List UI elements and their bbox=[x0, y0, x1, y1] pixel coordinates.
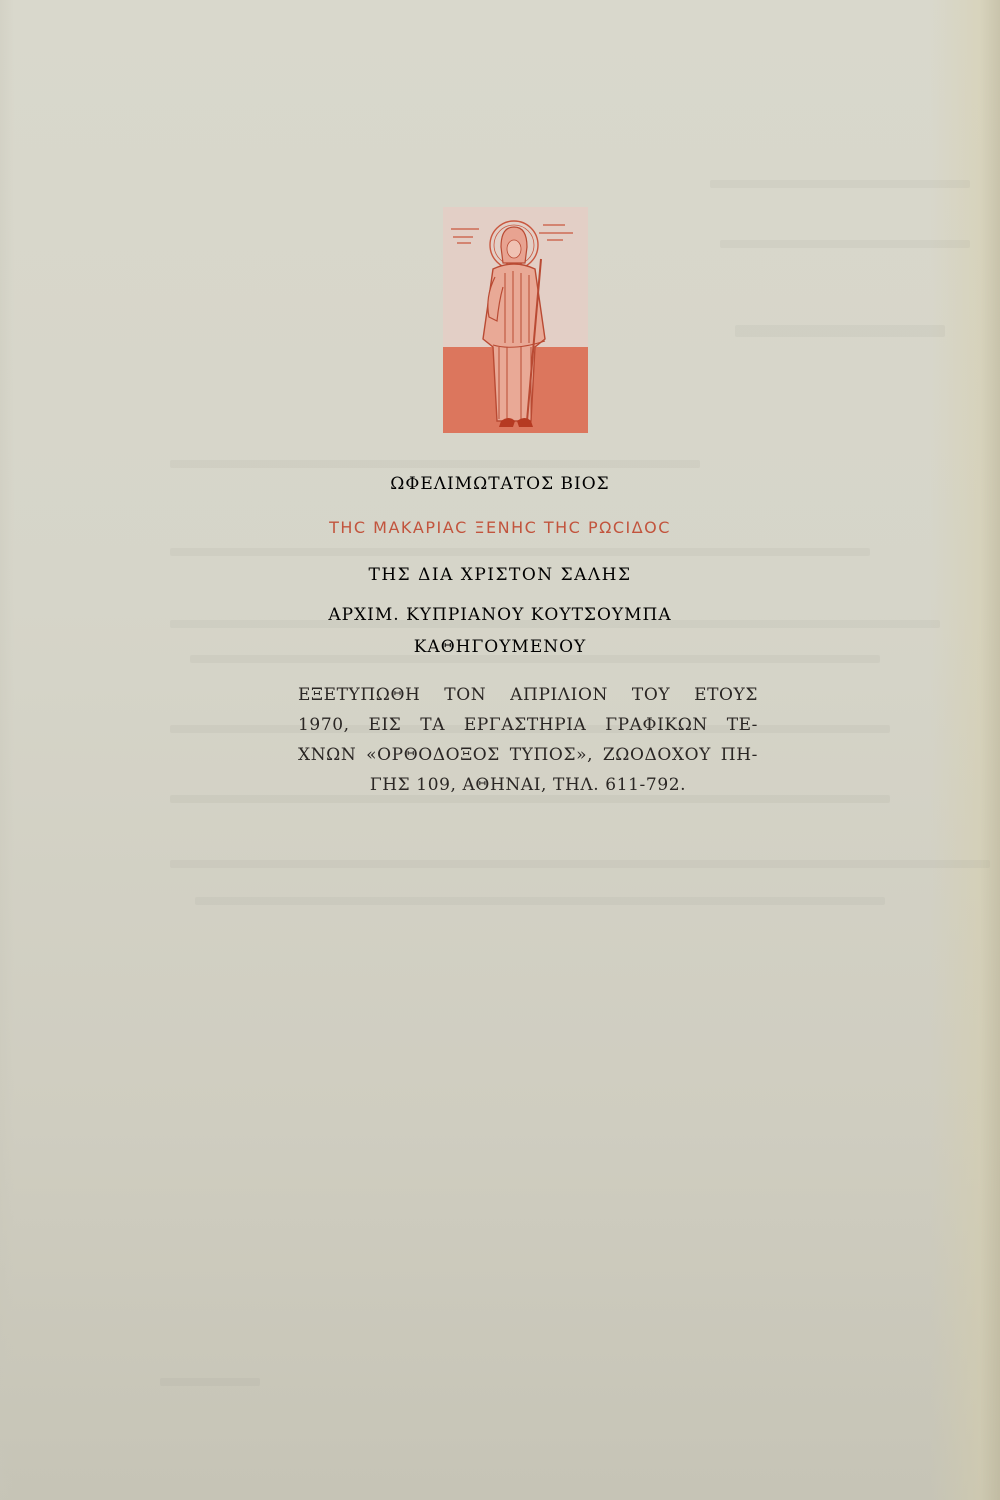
saint-icon-illustration bbox=[443, 207, 588, 433]
imprint-line: ΓΗΣ 109, ΑΘΗΝΑΙ, ΤΗΛ. 611-792. bbox=[298, 770, 758, 800]
author-title: ΚΑΘΗΓΟΥΜΕΝΟΥ bbox=[0, 637, 1000, 657]
saint-figure-icon bbox=[443, 207, 588, 433]
imprint-line: ΧΝΩΝ «ΟΡΘΟΔΟΞΟΣ ΤΥΠΟΣ», ΖΩΟΔΟΧΟΥ ΠΗ- bbox=[298, 740, 758, 770]
printing-imprint: ΕΞΕΤΥΠΩΘΗ ΤΟΝ ΑΠΡΙΛΙΟΝ ΤΟΥ ΕΤΟΥΣ 1970, Ε… bbox=[298, 680, 758, 800]
imprint-line: ΕΞΕΤΥΠΩΘΗ ΤΟΝ ΑΠΡΙΛΙΟΝ ΤΟΥ ΕΤΟΥΣ bbox=[298, 680, 758, 710]
imprint-line: 1970, ΕΙΣ ΤΑ ΕΡΓΑΣΤΗΡΙΑ ΓΡΑΦΙΚΩΝ ΤΕ- bbox=[298, 710, 758, 740]
book-page: ΩΦΕΛΙΜΩΤΑΤΟΣ ΒΙΟΣ ΤΗϹ ΜΑΚΑΡΙΑϹ ΞΕΝΗϹ ΤΗϹ… bbox=[0, 0, 1000, 1500]
book-title: ΩΦΕΛΙΜΩΤΑΤΟΣ ΒΙΟΣ bbox=[0, 474, 1000, 494]
author-name: ΑΡΧΙΜ. ΚΥΠΡΙΑΝΟΥ ΚΟΥΤΣΟΥΜΠΑ bbox=[0, 605, 1000, 625]
book-subtitle-red: ΤΗϹ ΜΑΚΑΡΙΑϹ ΞΕΝΗϹ ΤΗϹ ΡΩϹΙΔΟϹ bbox=[0, 518, 1000, 537]
book-subtitle: ΤΗΣ ΔΙΑ ΧΡΙΣΤΟΝ ΣΑΛΗΣ bbox=[0, 565, 1000, 585]
